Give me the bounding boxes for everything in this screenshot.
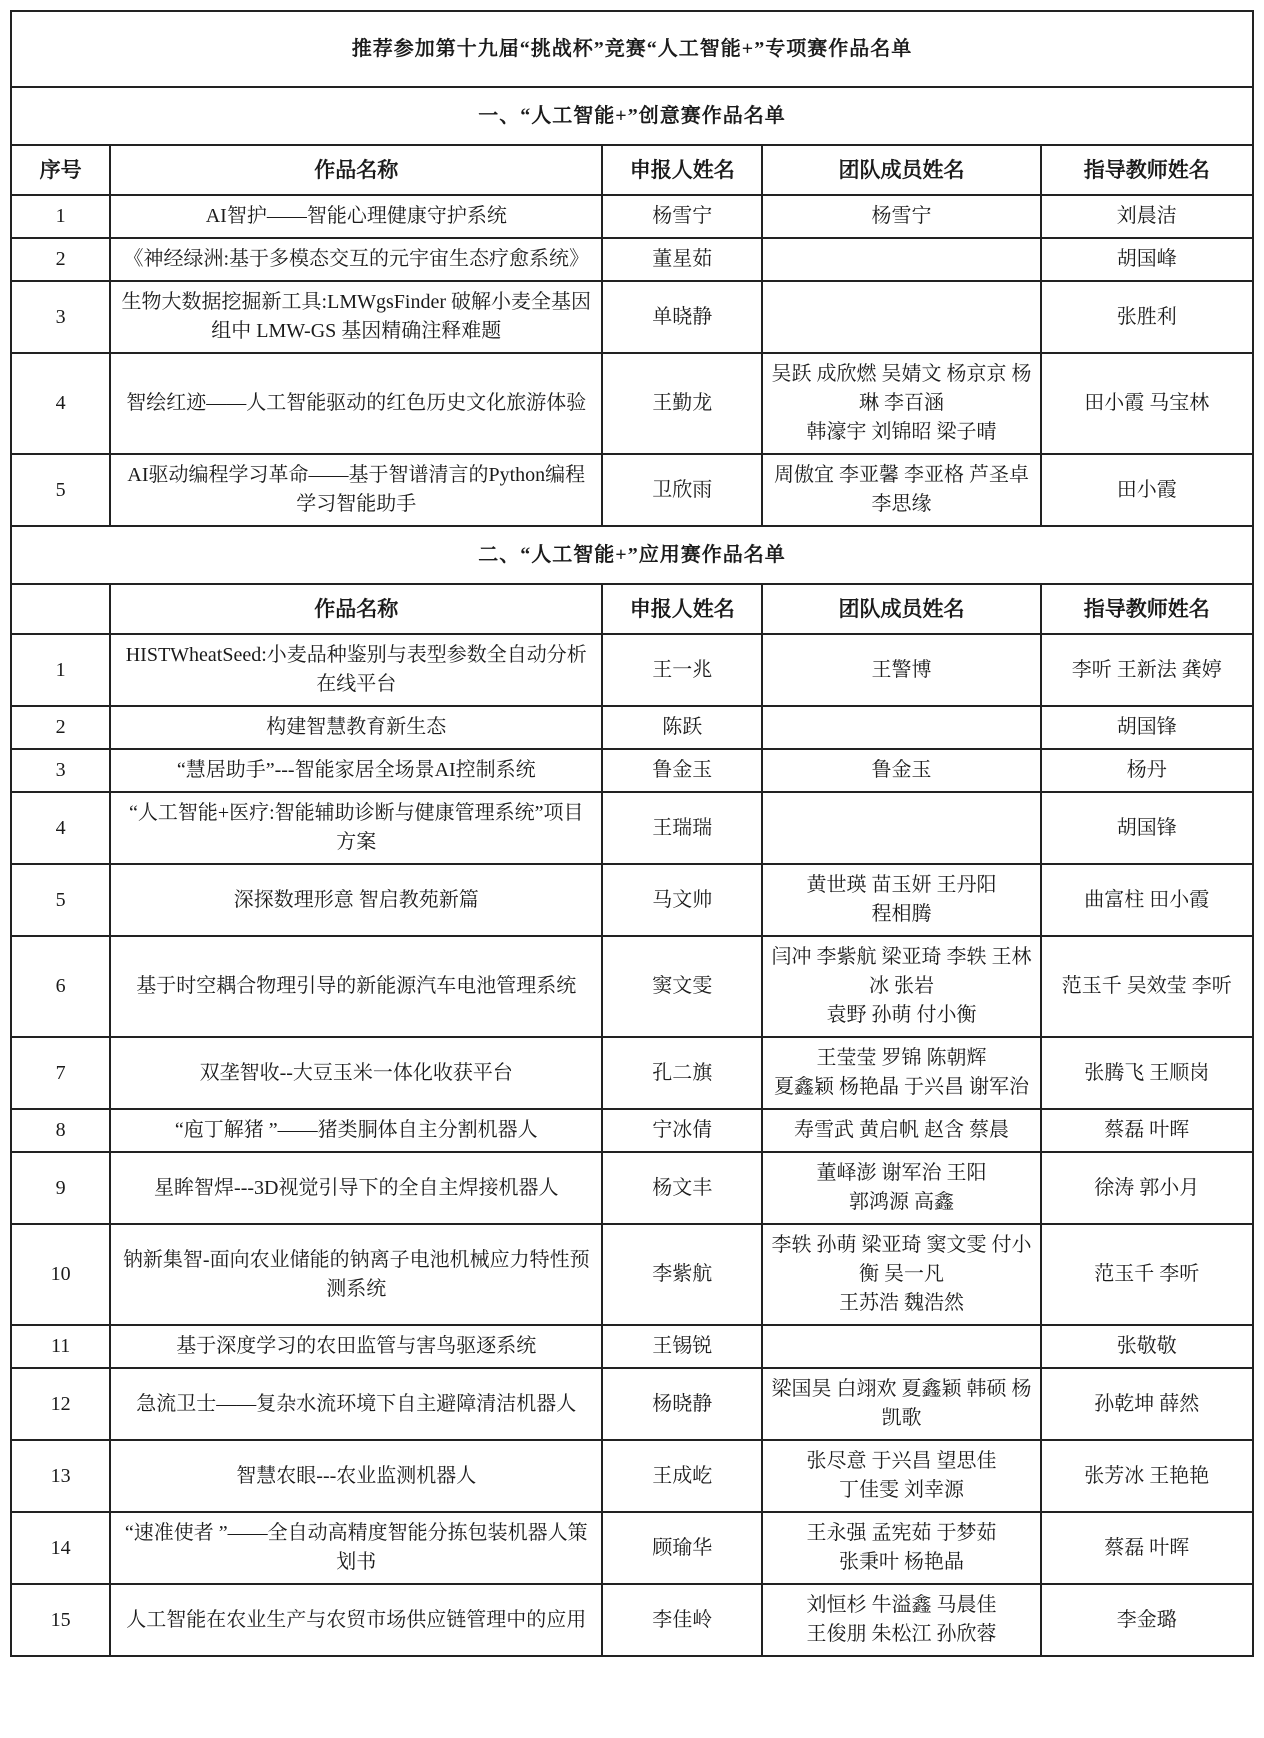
section-heading-row: 二、“人工智能+”应用赛作品名单 (11, 526, 1253, 584)
cell-serial-number: 7 (11, 1037, 110, 1109)
cell-advisor-names: 田小霞 马宝林 (1041, 353, 1253, 454)
cell-work-title: 深探数理形意 智启教苑新篇 (110, 864, 602, 936)
cell-work-title: 智绘红迹——人工智能驱动的红色历史文化旅游体验 (110, 353, 602, 454)
cell-applicant-name: 顾瑜华 (602, 1512, 762, 1584)
table-row: 14“速准使者 ”——全自动高精度智能分拣包装机器人策划书顾瑜华王永强 孟宪茹 … (11, 1512, 1253, 1584)
cell-team-members (762, 792, 1040, 864)
cell-applicant-name: 鲁金玉 (602, 749, 762, 792)
column-header: 序号 (11, 145, 110, 195)
cell-team-members: 吴跃 成欣燃 吴婧文 杨京京 杨琳 李百涵 韩濠宇 刘锦昭 梁子晴 (762, 353, 1040, 454)
table-row: 3生物大数据挖掘新工具:LMWgsFinder 破解小麦全基因组中 LMW-GS… (11, 281, 1253, 353)
table-row: 1HISTWheatSeed:小麦品种鉴别与表型参数全自动分析在线平台王一兆王警… (11, 634, 1253, 706)
table-row: 13智慧农眼---农业监测机器人王成屹张尽意 于兴昌 望思佳 丁佳雯 刘幸源张芳… (11, 1440, 1253, 1512)
table-row: 9星眸智焊---3D视觉引导下的全自主焊接机器人杨文丰董峄澎 谢军治 王阳 郭鸿… (11, 1152, 1253, 1224)
cell-advisor-names: 范玉千 李听 (1041, 1224, 1253, 1325)
cell-applicant-name: 宁冰倩 (602, 1109, 762, 1152)
cell-applicant-name: 卫欣雨 (602, 454, 762, 526)
cell-applicant-name: 单晓静 (602, 281, 762, 353)
column-header: 申报人姓名 (602, 584, 762, 634)
cell-team-members (762, 238, 1040, 281)
cell-work-title: HISTWheatSeed:小麦品种鉴别与表型参数全自动分析在线平台 (110, 634, 602, 706)
column-header: 指导教师姓名 (1041, 145, 1253, 195)
cell-work-title: 《神经绿洲:基于多模态交互的元宇宙生态疗愈系统》 (110, 238, 602, 281)
cell-serial-number: 2 (11, 706, 110, 749)
cell-serial-number: 15 (11, 1584, 110, 1656)
cell-work-title: 钠新集智-面向农业储能的钠离子电池机械应力特性预测系统 (110, 1224, 602, 1325)
column-header: 团队成员姓名 (762, 145, 1040, 195)
cell-applicant-name: 王成屹 (602, 1440, 762, 1512)
cell-serial-number: 5 (11, 454, 110, 526)
cell-team-members: 李轶 孙萌 梁亚琦 窦文雯 付小衡 吴一凡 王苏浩 魏浩然 (762, 1224, 1040, 1325)
table-row: 1AI智护——智能心理健康守护系统杨雪宁杨雪宁刘晨洁 (11, 195, 1253, 238)
cell-advisor-names: 张胜利 (1041, 281, 1253, 353)
cell-work-title: “慧居助手”---智能家居全场景AI控制系统 (110, 749, 602, 792)
cell-work-title: 智慧农眼---农业监测机器人 (110, 1440, 602, 1512)
cell-applicant-name: 董星茹 (602, 238, 762, 281)
cell-applicant-name: 马文帅 (602, 864, 762, 936)
cell-serial-number: 12 (11, 1368, 110, 1440)
cell-applicant-name: 李紫航 (602, 1224, 762, 1325)
column-header-row: 作品名称申报人姓名团队成员姓名指导教师姓名 (11, 584, 1253, 634)
table-row: 10钠新集智-面向农业储能的钠离子电池机械应力特性预测系统李紫航李轶 孙萌 梁亚… (11, 1224, 1253, 1325)
column-header: 作品名称 (110, 145, 602, 195)
cell-advisor-names: 杨丹 (1041, 749, 1253, 792)
cell-team-members: 王警博 (762, 634, 1040, 706)
section-heading: 一、“人工智能+”创意赛作品名单 (11, 87, 1253, 145)
cell-serial-number: 13 (11, 1440, 110, 1512)
cell-advisor-names: 李金璐 (1041, 1584, 1253, 1656)
cell-serial-number: 10 (11, 1224, 110, 1325)
cell-work-title: 人工智能在农业生产与农贸市场供应链管理中的应用 (110, 1584, 602, 1656)
table-row: 4智绘红迹——人工智能驱动的红色历史文化旅游体验王勤龙吴跃 成欣燃 吴婧文 杨京… (11, 353, 1253, 454)
cell-applicant-name: 窦文雯 (602, 936, 762, 1037)
cell-serial-number: 11 (11, 1325, 110, 1368)
cell-team-members: 王永强 孟宪茹 于梦茹 张秉叶 杨艳晶 (762, 1512, 1040, 1584)
cell-serial-number: 9 (11, 1152, 110, 1224)
cell-advisor-names: 胡国锋 (1041, 706, 1253, 749)
cell-advisor-names: 范玉千 吴效莹 李听 (1041, 936, 1253, 1037)
cell-advisor-names: 张芳冰 王艳艳 (1041, 1440, 1253, 1512)
cell-work-title: “人工智能+医疗:智能辅助诊断与健康管理系统”项目方案 (110, 792, 602, 864)
cell-applicant-name: 王锡锐 (602, 1325, 762, 1368)
document-title: 推荐参加第十九届“挑战杯”竞赛“人工智能+”专项赛作品名单 (11, 11, 1253, 87)
column-header-row: 序号作品名称申报人姓名团队成员姓名指导教师姓名 (11, 145, 1253, 195)
cell-work-title: 双垄智收--大豆玉米一体化收获平台 (110, 1037, 602, 1109)
cell-work-title: “速准使者 ”——全自动高精度智能分拣包装机器人策划书 (110, 1512, 602, 1584)
cell-work-title: AI智护——智能心理健康守护系统 (110, 195, 602, 238)
cell-work-title: AI驱动编程学习革命——基于智谱清言的Python编程学习智能助手 (110, 454, 602, 526)
cell-work-title: 构建智慧教育新生态 (110, 706, 602, 749)
cell-team-members (762, 706, 1040, 749)
cell-applicant-name: 孔二旗 (602, 1037, 762, 1109)
cell-advisor-names: 张腾飞 王顺岗 (1041, 1037, 1253, 1109)
section-heading-row: 一、“人工智能+”创意赛作品名单 (11, 87, 1253, 145)
cell-applicant-name: 王一兆 (602, 634, 762, 706)
section-heading: 二、“人工智能+”应用赛作品名单 (11, 526, 1253, 584)
cell-advisor-names: 胡国锋 (1041, 792, 1253, 864)
table-row: 11基于深度学习的农田监管与害鸟驱逐系统王锡锐张敬敬 (11, 1325, 1253, 1368)
document-page: 推荐参加第十九届“挑战杯”竞赛“人工智能+”专项赛作品名单 一、“人工智能+”创… (0, 0, 1264, 1738)
cell-work-title: 星眸智焊---3D视觉引导下的全自主焊接机器人 (110, 1152, 602, 1224)
table-row: 5深探数理形意 智启教苑新篇马文帅黄世瑛 苗玉妍 王丹阳 程相腾曲富柱 田小霞 (11, 864, 1253, 936)
document-title-row: 推荐参加第十九届“挑战杯”竞赛“人工智能+”专项赛作品名单 (11, 11, 1253, 87)
table-row: 5AI驱动编程学习革命——基于智谱清言的Python编程学习智能助手卫欣雨周傲宜… (11, 454, 1253, 526)
cell-advisor-names: 李听 王新法 龚婷 (1041, 634, 1253, 706)
cell-advisor-names: 蔡磊 叶晖 (1041, 1109, 1253, 1152)
column-header: 申报人姓名 (602, 145, 762, 195)
cell-serial-number: 6 (11, 936, 110, 1037)
cell-team-members: 寿雪武 黄启帆 赵含 蔡晨 (762, 1109, 1040, 1152)
table-row: 2构建智慧教育新生态陈跃胡国锋 (11, 706, 1253, 749)
cell-team-members: 闫冲 李紫航 梁亚琦 李轶 王林冰 张岩 袁野 孙萌 付小衡 (762, 936, 1040, 1037)
cell-serial-number: 4 (11, 353, 110, 454)
table-row: 15人工智能在农业生产与农贸市场供应链管理中的应用李佳岭刘恒杉 牛溢鑫 马晨佳 … (11, 1584, 1253, 1656)
cell-applicant-name: 杨文丰 (602, 1152, 762, 1224)
cell-advisor-names: 孙乾坤 薛然 (1041, 1368, 1253, 1440)
cell-team-members: 黄世瑛 苗玉妍 王丹阳 程相腾 (762, 864, 1040, 936)
cell-serial-number: 4 (11, 792, 110, 864)
table-row: 2《神经绿洲:基于多模态交互的元宇宙生态疗愈系统》董星茹胡国峰 (11, 238, 1253, 281)
cell-team-members: 鲁金玉 (762, 749, 1040, 792)
table-row: 12急流卫士——复杂水流环境下自主避障清洁机器人杨晓静梁国昊 白翊欢 夏鑫颖 韩… (11, 1368, 1253, 1440)
table-row: 3“慧居助手”---智能家居全场景AI控制系统鲁金玉鲁金玉杨丹 (11, 749, 1253, 792)
cell-advisor-names: 蔡磊 叶晖 (1041, 1512, 1253, 1584)
cell-team-members: 杨雪宁 (762, 195, 1040, 238)
cell-serial-number: 5 (11, 864, 110, 936)
cell-applicant-name: 王勤龙 (602, 353, 762, 454)
column-header (11, 584, 110, 634)
cell-team-members: 周傲宜 李亚馨 李亚格 芦圣卓 李思缘 (762, 454, 1040, 526)
works-table: 推荐参加第十九届“挑战杯”竞赛“人工智能+”专项赛作品名单 一、“人工智能+”创… (10, 10, 1254, 1657)
cell-advisor-names: 胡国峰 (1041, 238, 1253, 281)
cell-team-members: 梁国昊 白翊欢 夏鑫颖 韩硕 杨凯歌 (762, 1368, 1040, 1440)
cell-serial-number: 1 (11, 634, 110, 706)
table-row: 7双垄智收--大豆玉米一体化收获平台孔二旗王莹莹 罗锦 陈朝辉 夏鑫颖 杨艳晶 … (11, 1037, 1253, 1109)
cell-advisor-names: 田小霞 (1041, 454, 1253, 526)
cell-serial-number: 3 (11, 749, 110, 792)
table-row: 8“庖丁解猪 ”——猪类胴体自主分割机器人宁冰倩寿雪武 黄启帆 赵含 蔡晨蔡磊 … (11, 1109, 1253, 1152)
cell-work-title: 急流卫士——复杂水流环境下自主避障清洁机器人 (110, 1368, 602, 1440)
cell-team-members (762, 281, 1040, 353)
cell-team-members: 董峄澎 谢军治 王阳 郭鸿源 高鑫 (762, 1152, 1040, 1224)
cell-team-members: 刘恒杉 牛溢鑫 马晨佳 王俊朋 朱松江 孙欣蓉 (762, 1584, 1040, 1656)
cell-serial-number: 1 (11, 195, 110, 238)
cell-applicant-name: 王瑞瑞 (602, 792, 762, 864)
table-row: 4“人工智能+医疗:智能辅助诊断与健康管理系统”项目方案王瑞瑞胡国锋 (11, 792, 1253, 864)
column-header: 指导教师姓名 (1041, 584, 1253, 634)
cell-applicant-name: 李佳岭 (602, 1584, 762, 1656)
cell-serial-number: 2 (11, 238, 110, 281)
cell-work-title: “庖丁解猪 ”——猪类胴体自主分割机器人 (110, 1109, 602, 1152)
cell-serial-number: 14 (11, 1512, 110, 1584)
cell-applicant-name: 杨晓静 (602, 1368, 762, 1440)
cell-applicant-name: 杨雪宁 (602, 195, 762, 238)
cell-work-title: 生物大数据挖掘新工具:LMWgsFinder 破解小麦全基因组中 LMW-GS … (110, 281, 602, 353)
cell-team-members (762, 1325, 1040, 1368)
cell-advisor-names: 刘晨洁 (1041, 195, 1253, 238)
column-header: 团队成员姓名 (762, 584, 1040, 634)
column-header: 作品名称 (110, 584, 602, 634)
cell-advisor-names: 张敬敬 (1041, 1325, 1253, 1368)
cell-advisor-names: 曲富柱 田小霞 (1041, 864, 1253, 936)
cell-work-title: 基于深度学习的农田监管与害鸟驱逐系统 (110, 1325, 602, 1368)
cell-serial-number: 8 (11, 1109, 110, 1152)
cell-work-title: 基于时空耦合物理引导的新能源汽车电池管理系统 (110, 936, 602, 1037)
cell-serial-number: 3 (11, 281, 110, 353)
cell-applicant-name: 陈跃 (602, 706, 762, 749)
cell-advisor-names: 徐涛 郭小月 (1041, 1152, 1253, 1224)
table-row: 6基于时空耦合物理引导的新能源汽车电池管理系统窦文雯闫冲 李紫航 梁亚琦 李轶 … (11, 936, 1253, 1037)
cell-team-members: 王莹莹 罗锦 陈朝辉 夏鑫颖 杨艳晶 于兴昌 谢军治 (762, 1037, 1040, 1109)
cell-team-members: 张尽意 于兴昌 望思佳 丁佳雯 刘幸源 (762, 1440, 1040, 1512)
